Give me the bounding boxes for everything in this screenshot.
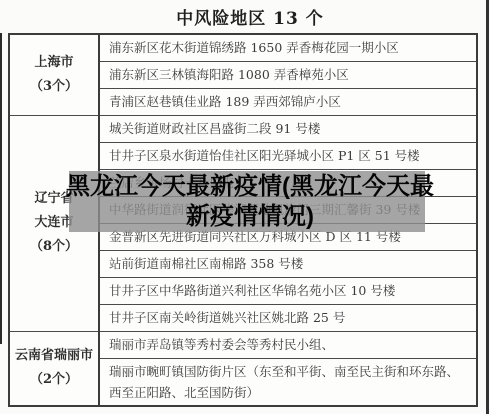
scan-edge-left [0, 33, 2, 344]
region-name: 上海市 [11, 51, 97, 75]
region-count: （2个） [11, 368, 97, 392]
risk-area-cell: 甘井子区中华路街道兴利社区华锦名苑小区 10 号楼 [99, 277, 477, 304]
scan-margin-right [489, 0, 500, 414]
risk-area-cell: 青浦区赵巷镇佳业路 189 弄西郊锦庐小区 [99, 88, 477, 115]
region-count: （8个） [11, 235, 97, 259]
region-count: （3个） [11, 75, 97, 99]
risk-area-cell: 浦东新区三林镇海阳路 1080 弄香樟苑小区 [99, 61, 477, 88]
watermark-text: 黑龙江今天最新疫情(黑龙江今天最 新疫情情况) [20, 172, 480, 232]
table-row: 上海市 （3个） 浦东新区花木街道锦绣路 1650 弄香梅花园一期小区 [9, 34, 477, 61]
page-title: 中风险地区 13 个 [0, 4, 500, 29]
region-name: 云南省瑞丽市 [11, 344, 97, 368]
region-cell-shanghai: 上海市 （3个） [9, 34, 99, 115]
risk-area-cell: 甘井子区泉水街道怡佳社区阳光驿城小区 P1 区 51 号楼 [99, 142, 477, 169]
risk-area-cell: 瑞丽市畹町镇国防街片区（东至和平街、南至民主街和环东路、西至正阳路、北至国防街） [99, 358, 477, 406]
table-row: 云南省瑞丽市 （2个） 瑞丽市弄岛镇等秀村委会等秀村民小组、 [9, 331, 477, 358]
table-row: 辽宁省 大连市 （8个） 城关街道财政社区昌盛街二段 91 号楼 [9, 115, 477, 142]
risk-area-cell: 浦东新区花木街道锦绣路 1650 弄香梅花园一期小区 [99, 34, 477, 61]
risk-area-cell: 甘井子区南关岭街道姚兴社区姚北路 25 号 [99, 304, 477, 331]
risk-area-cell: 城关街道财政社区昌盛街二段 91 号楼 [99, 115, 477, 142]
scan-edge-right [486, 0, 489, 414]
watermark-line-1: 黑龙江今天最新疫情(黑龙江今天最 [20, 172, 480, 202]
risk-area-cell: 站前街道南棉社区南棉路 358 号楼 [99, 250, 477, 277]
risk-area-cell: 瑞丽市弄岛镇等秀村委会等秀村民小组、 [99, 331, 477, 358]
watermark-line-2: 新疫情情况) [20, 202, 480, 232]
region-cell-yunnan-ruili: 云南省瑞丽市 （2个） [9, 331, 99, 406]
